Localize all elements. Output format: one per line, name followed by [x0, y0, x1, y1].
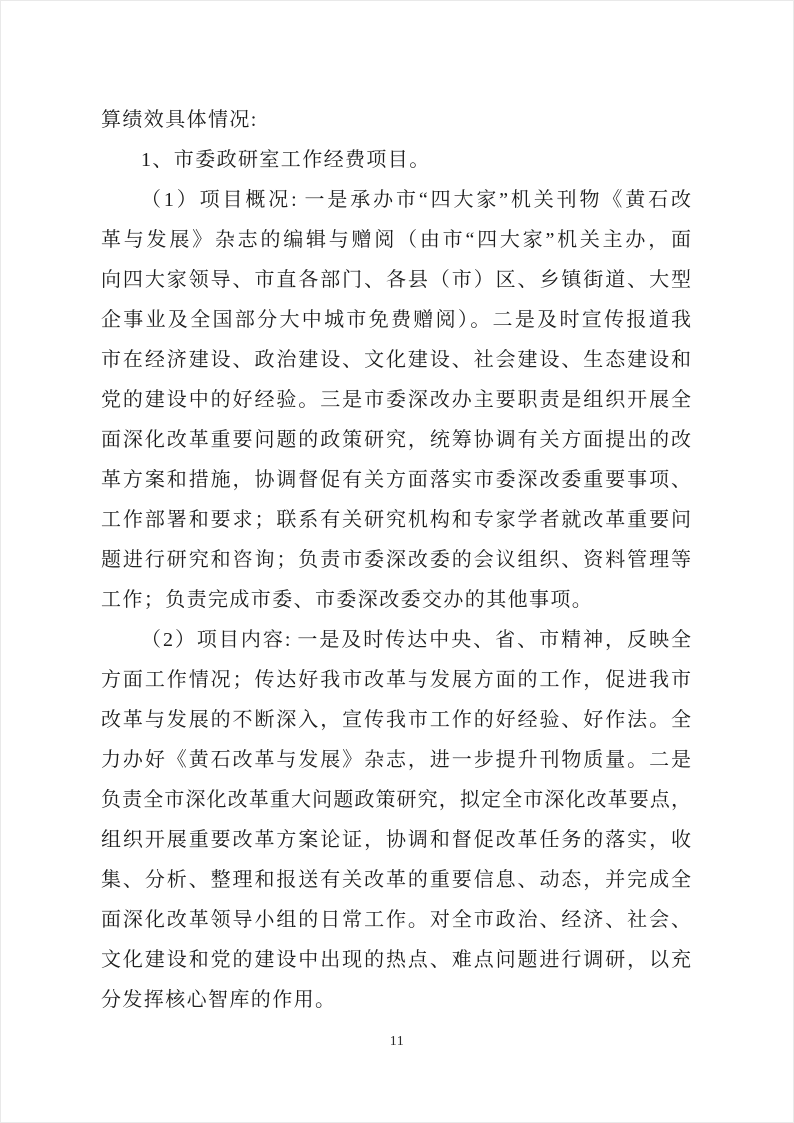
text-line: （2）项目内容: 一是及时传达中央、省、市精神，反映全 — [101, 620, 691, 660]
text-line: 面深化改革重要问题的政策研究，统筹协调有关方面提出的改 — [101, 420, 691, 460]
document-page: 算绩效具体情况: 1、市委政研室工作经费项目。 （1）项目概况: 一是承办市“四… — [0, 0, 794, 1123]
text-line: 组织开展重要改革方案论证，协调和督促改革任务的落实，收 — [101, 820, 691, 860]
text-line: （1）项目概况: 一是承办市“四大家”机关刊物《黄石改 — [101, 180, 691, 220]
text-line: 力办好《黄石改革与发展》杂志，进一步提升刊物质量。二是 — [101, 740, 691, 780]
text-line: 文化建设和党的建设中出现的热点、难点问题进行调研，以充 — [101, 940, 691, 980]
text-line: 题进行研究和咨询；负责市委深改委的会议组织、资料管理等 — [101, 540, 691, 580]
text-line: 1、市委政研室工作经费项目。 — [101, 140, 691, 180]
page-text-block: 算绩效具体情况: 1、市委政研室工作经费项目。 （1）项目概况: 一是承办市“四… — [101, 100, 691, 1020]
text-line: 向四大家领导、市直各部门、各县（市）区、乡镇街道、大型 — [101, 260, 691, 300]
text-line: 革与发展》杂志的编辑与赠阅（由市“四大家”机关主办，面 — [101, 220, 691, 260]
text-line: 工作；负责完成市委、市委深改委交办的其他事项。 — [101, 580, 691, 620]
page-number: 11 — [1, 1032, 793, 1052]
text-line: 改革与发展的不断深入，宣传我市工作的好经验、好作法。全 — [101, 700, 691, 740]
text-line: 革方案和措施，协调督促有关方面落实市委深改委重要事项、 — [101, 460, 691, 500]
text-line: 算绩效具体情况: — [101, 100, 691, 140]
text-line: 分发挥核心智库的作用。 — [101, 980, 691, 1020]
text-line: 负责全市深化改革重大问题政策研究，拟定全市深化改革要点， — [101, 780, 691, 820]
text-line: 面深化改革领导小组的日常工作。对全市政治、经济、社会、 — [101, 900, 691, 940]
text-line: 方面工作情况；传达好我市改革与发展方面的工作，促进我市 — [101, 660, 691, 700]
text-line: 集、分析、整理和报送有关改革的重要信息、动态，并完成全 — [101, 860, 691, 900]
text-line: 市在经济建设、政治建设、文化建设、社会建设、生态建设和 — [101, 340, 691, 380]
text-line: 工作部署和要求；联系有关研究机构和专家学者就改革重要问 — [101, 500, 691, 540]
text-line: 党的建设中的好经验。三是市委深改办主要职责是组织开展全 — [101, 380, 691, 420]
text-line: 企事业及全国部分大中城市免费赠阅）。二是及时宣传报道我 — [101, 300, 691, 340]
